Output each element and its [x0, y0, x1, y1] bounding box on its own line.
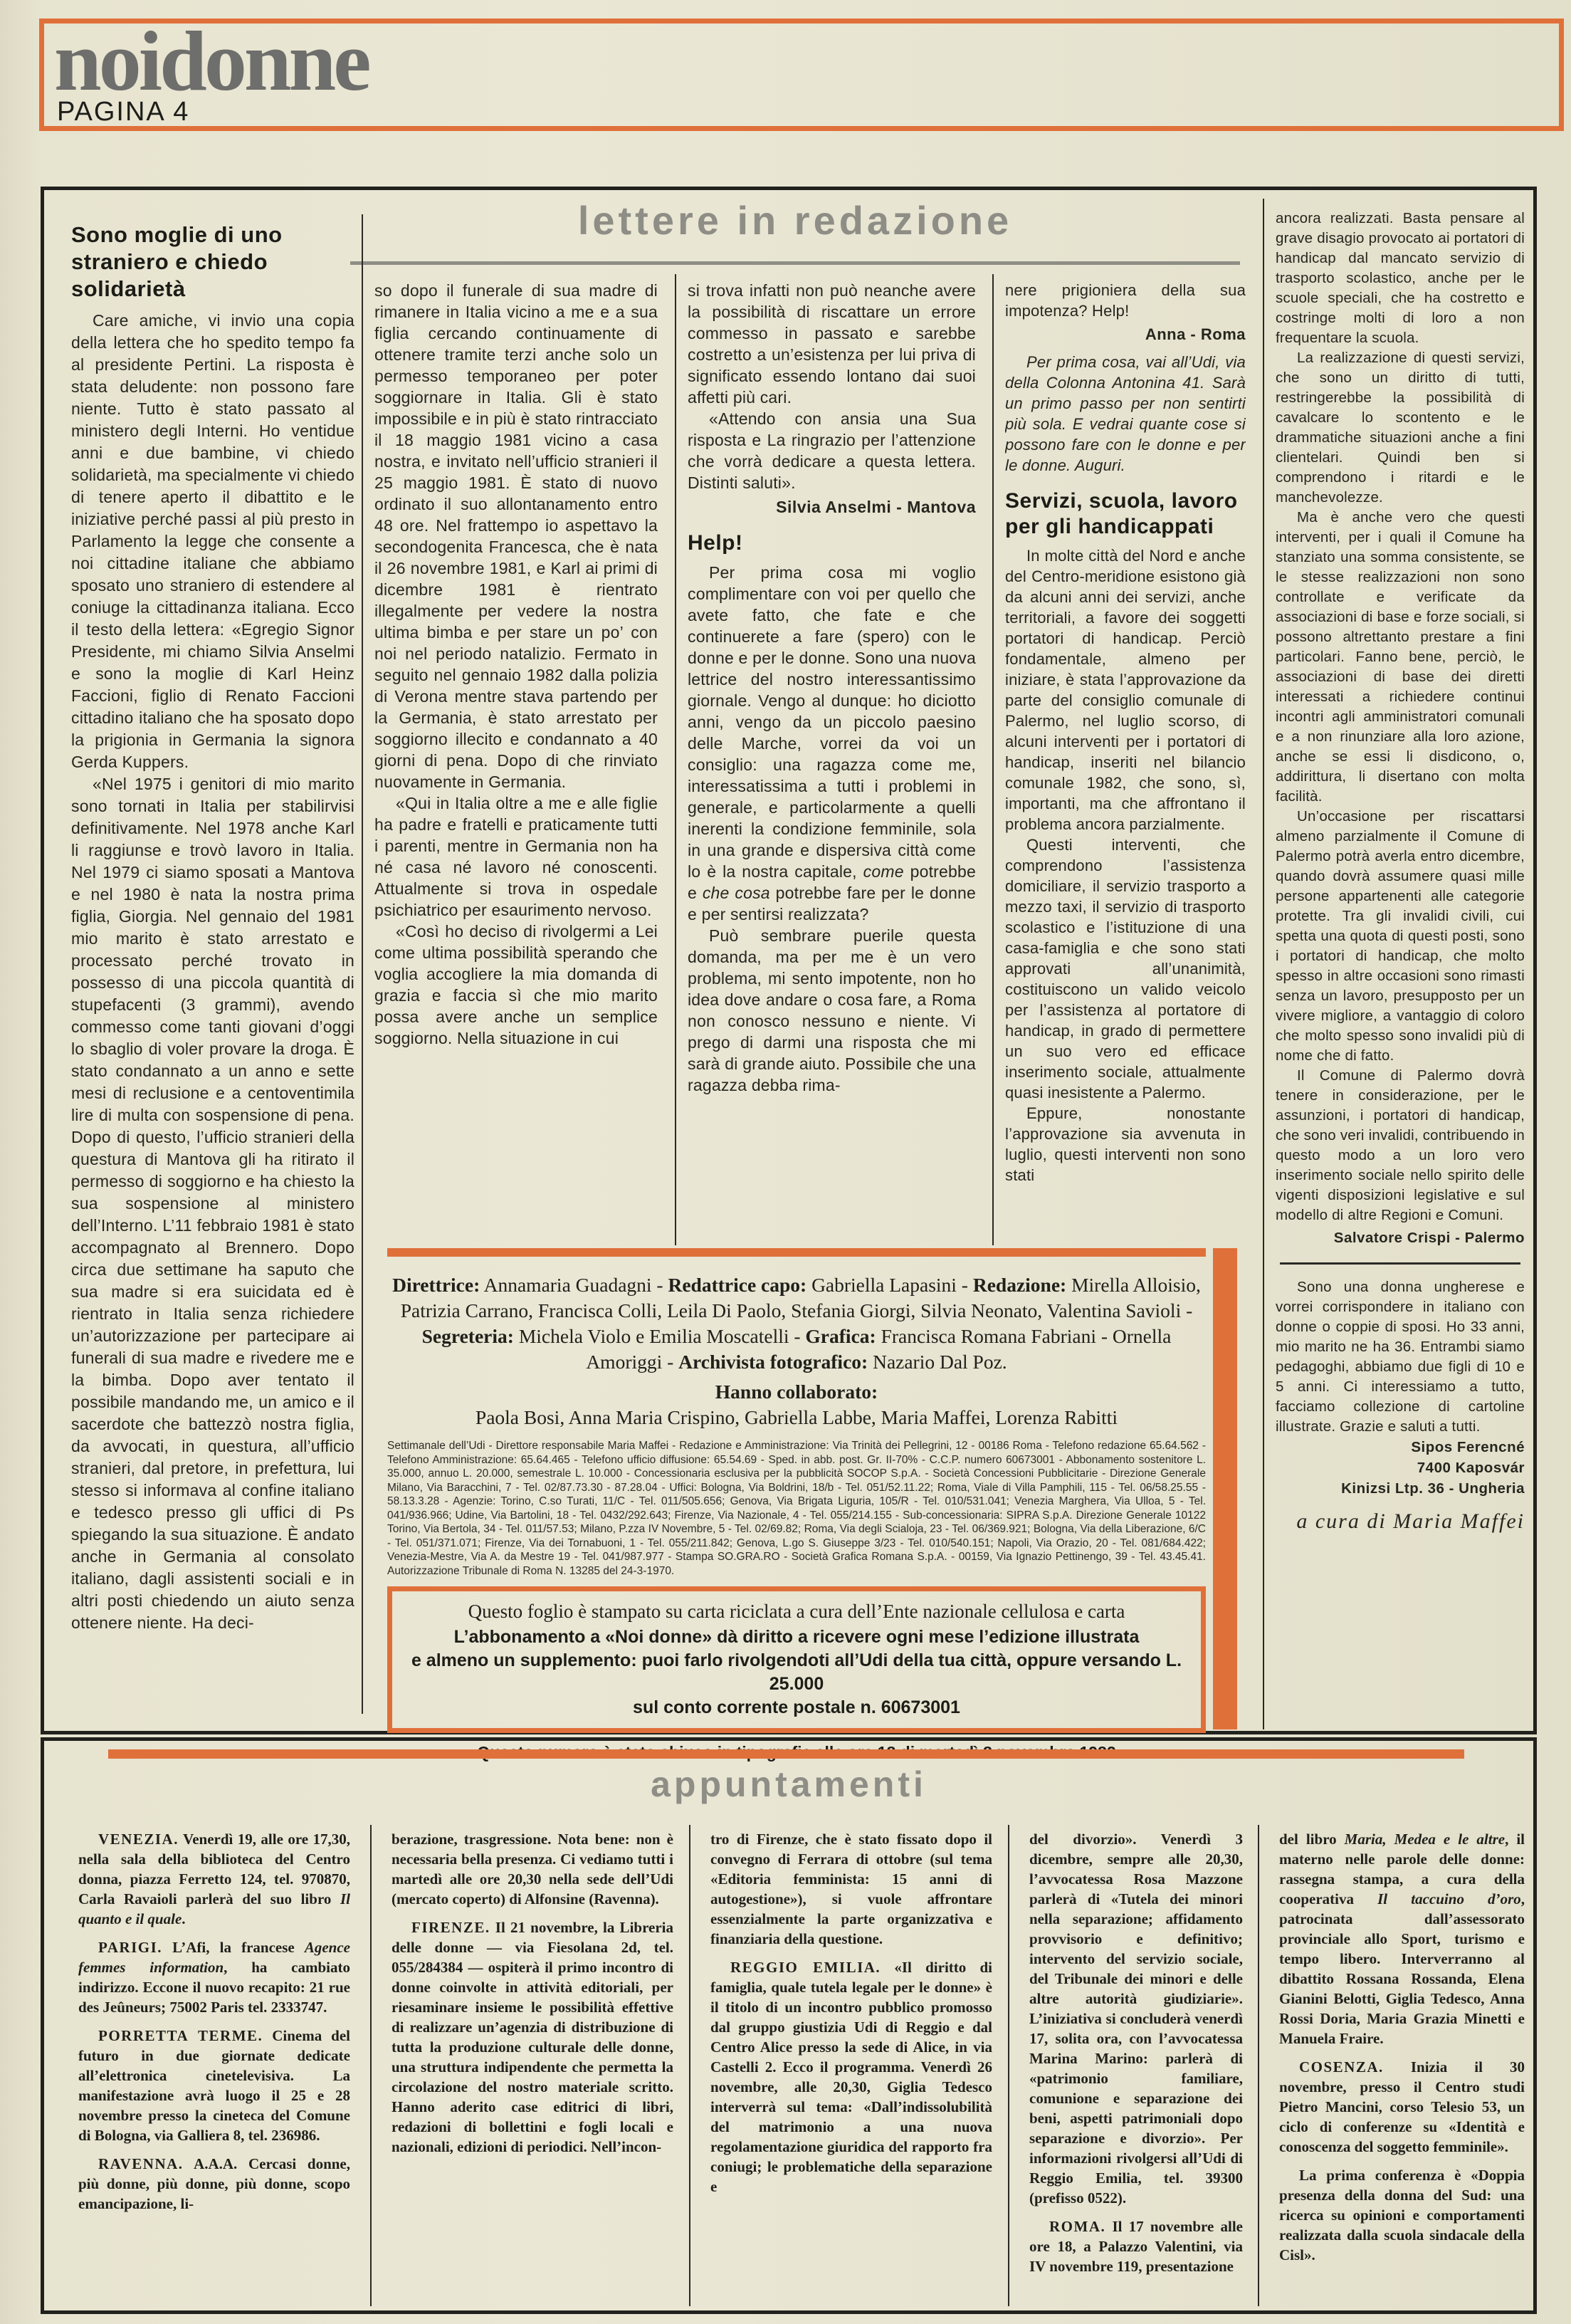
legal-small-print: Settimanale dell’Udi - Direttore respons… [387, 1439, 1206, 1578]
subscription-line: L’abbonamento a «Noi donne» dà diritto a… [411, 1626, 1182, 1649]
column-separator [1258, 1825, 1259, 2306]
letter-paragraph: Per prima cosa mi voglio complimentare c… [688, 562, 976, 925]
letter-paragraph: Ma è anche vero che questi interventi, p… [1276, 508, 1525, 807]
column-separator [1008, 1825, 1009, 2306]
appointment-item: RAVENNA. A.A.A. Cercasi donne, più donne… [78, 2154, 350, 2214]
letter-paragraph: «Attendo con ansia una Sua risposta e La… [688, 408, 976, 493]
subscription-line: e almeno un supplemento: puoi farlo rivo… [411, 1649, 1182, 1696]
appointment-city: COSENZA. [1299, 2058, 1384, 2076]
address-line: 7400 Kaposvár [1276, 1457, 1525, 1478]
newspaper-page: { "colors": { "accent_orange": "#e0703a"… [0, 0, 1571, 2324]
appointment-item: tro di Firenze, che è stato fissato dopo… [710, 1829, 992, 1949]
masthead-credits-block: Direttrice: Annamaria Guadagni - Redattr… [387, 1248, 1206, 1762]
column-separator [689, 1825, 690, 2306]
appointment-city: PORRETTA TERME. [98, 2027, 263, 2044]
appointment-item: del libro Maria, Medea e le altre, il ma… [1279, 1829, 1525, 2048]
column-separator [1263, 199, 1264, 1729]
letter-paragraph: Questi interventi, che comprendono l’ass… [1005, 834, 1246, 1103]
letters-column-2: so dopo il funerale di sua madre di rima… [374, 280, 658, 1245]
letter-paragraph: Un’occasione per riscattarsi almeno parz… [1276, 807, 1525, 1066]
letter-paragraph-continued: so dopo il funerale di sua madre di rima… [374, 280, 658, 792]
appointment-city: VENEZIA. [98, 1831, 179, 1848]
appointments-section-title: appuntamenti [44, 1764, 1533, 1805]
masthead-box: noidonne PAGINA 4 [39, 19, 1564, 131]
title-rule [350, 261, 1240, 265]
appointment-item: PORRETTA TERME. Cinema del futuro in due… [78, 2026, 350, 2145]
letter-paragraph: In molte città del Nord e anche del Cent… [1005, 545, 1246, 834]
collaborators-label: Hanno collaborato: [387, 1379, 1206, 1405]
editorial-staff: Direttrice: Annamaria Guadagni - Redattr… [387, 1272, 1206, 1375]
appointments-column-3: tro di Firenze, che è stato fissato dopo… [710, 1829, 992, 2303]
letter-paragraph: Sono una donna ungherese e vorrei corris… [1276, 1277, 1525, 1437]
page-number-label: PAGINA 4 [57, 97, 189, 127]
editor-reply: Per prima cosa, vai all’Udi, via della C… [1005, 352, 1246, 476]
appointment-city: RAVENNA. [98, 2155, 184, 2172]
orange-accent-bar [1213, 1248, 1237, 1729]
letter-paragraph: Il Comune di Palermo dovrà tenere in con… [1276, 1066, 1525, 1225]
subscription-account-number: sul conto corrente postale n. 60673001 [411, 1696, 1182, 1720]
appointment-item: La prima conferenza è «Doppia presenza d… [1279, 2165, 1525, 2265]
letter-headline: Help! [688, 530, 976, 556]
address-line: Sipos Ferencné [1276, 1437, 1525, 1457]
letter-paragraph: Eppure, nonostante l’approvazione sia av… [1005, 1103, 1246, 1185]
recycled-paper-note: Questo foglio è stampato su carta ricicl… [411, 1597, 1182, 1626]
letter-paragraph: «Qui in Italia oltre a me e alle figlie … [374, 792, 658, 921]
appointments-column-4: del divorzio». Venerdì 3 dicembre, sempr… [1029, 1829, 1243, 2303]
letters-column-3: si trova infatti non può neanche avere l… [688, 280, 976, 1245]
letter-paragraph: Care amiche, vi invio una copia della le… [71, 310, 354, 773]
letters-section: lettere in redazione Sono moglie di uno … [41, 187, 1537, 1734]
appointment-city: PARIGI. [98, 1939, 162, 1956]
letters-column-5: ancora realizzati. Basta pensare al grav… [1276, 209, 1525, 1724]
orange-rule [387, 1248, 1206, 1257]
letter-paragraph-continued: ancora realizzati. Basta pensare al grav… [1276, 209, 1525, 348]
subscription-box: Questo foglio è stampato su carta ricicl… [387, 1586, 1206, 1733]
letter-paragraph: «Nel 1975 i genitori di mio marito sono … [71, 773, 354, 1634]
column-separator [992, 274, 994, 1245]
address-line: Kinizsi Ltp. 36 - Ungheria [1276, 1478, 1525, 1499]
appointments-column-1: VENEZIA. Venerdì 19, alle ore 17,30, nel… [78, 1829, 350, 2303]
appointment-item: ROMA. Il 17 novembre alle ore 18, a Pala… [1029, 2216, 1243, 2276]
letter-headline: Sono moglie di uno straniero e chiedo so… [71, 221, 354, 303]
letter-signature: Silvia Anselmi - Mantova [688, 496, 976, 518]
letter-paragraph: «Così ho deciso di rivolgermi a Lei come… [374, 921, 658, 1049]
letter-paragraph: Può sembrare puerile questa domanda, ma … [688, 925, 976, 1096]
divider-rule [1280, 1262, 1520, 1265]
letter-paragraph-continued: nere prigioniera della sua impotenza? He… [1005, 280, 1246, 321]
appointment-item: COSENZA. Inizia il 30 novembre, presso i… [1279, 2057, 1525, 2157]
letters-section-title: lettere in redazione [350, 197, 1240, 244]
appointment-item: berazione, trasgressione. Nota bene: non… [392, 1829, 673, 1909]
appointment-city: REGGIO EMILIA. [730, 1959, 881, 1976]
appointment-item: PARIGI. L’Afi, la francese Agence femmes… [78, 1937, 350, 2017]
appointment-item: VENEZIA. Venerdì 19, alle ore 17,30, nel… [78, 1829, 350, 1929]
letters-column-1: Sono moglie di uno straniero e chiedo so… [71, 221, 354, 1711]
curator-note: a cura di Maria Maffei [1276, 1512, 1525, 1532]
appointments-section: appuntamenti VENEZIA. Venerdì 19, alle o… [41, 1737, 1537, 2314]
letter-paragraph-continued: si trova infatti non può neanche avere l… [688, 280, 976, 408]
column-separator [362, 214, 363, 1714]
newspaper-logo: noidonne [54, 12, 369, 110]
letter-headline: Servizi, scuola, lavoro per gli handicap… [1005, 488, 1246, 540]
appointment-item: del divorzio». Venerdì 3 dicembre, sempr… [1029, 1829, 1243, 2208]
appointment-item: REGGIO EMILIA. «Il diritto di famiglia, … [710, 1957, 992, 2197]
appointments-column-2: berazione, trasgressione. Nota bene: non… [392, 1829, 673, 2303]
column-separator [370, 1825, 372, 2306]
appointments-column-5: del libro Maria, Medea e le altre, il ma… [1279, 1829, 1525, 2303]
appointment-city: FIRENZE. [411, 1919, 490, 1936]
letter-paragraph: La realizzazione di questi servizi, che … [1276, 348, 1525, 508]
collaborators-names: Paola Bosi, Anna Maria Crispino, Gabriel… [387, 1405, 1206, 1430]
letter-signature: Salvatore Crispi - Palermo [1276, 1228, 1525, 1248]
appointment-city: ROMA. [1049, 2218, 1105, 2235]
letter-signature: Anna - Roma [1005, 324, 1246, 345]
appointment-item: FIRENZE. Il 21 novembre, la Libreria del… [392, 1917, 673, 2157]
orange-rule [108, 1749, 1464, 1759]
column-separator [675, 274, 676, 1245]
letters-column-4: nere prigioniera della sua impotenza? He… [1005, 280, 1246, 1245]
